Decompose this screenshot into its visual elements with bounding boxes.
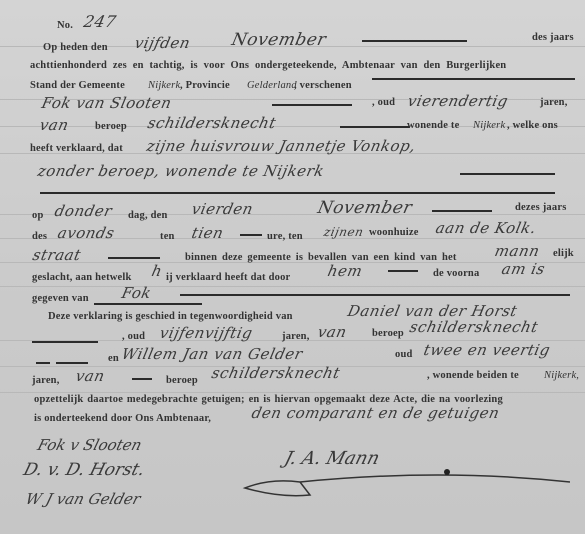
handwritten-text: van xyxy=(38,116,70,134)
fill-line xyxy=(372,78,575,80)
printed-text: beroep xyxy=(372,328,404,339)
signature-declarant: Fok v Slooten xyxy=(36,436,144,454)
handwritten-witness1-age: vijfenvijftig xyxy=(158,324,254,342)
printed-text: jaren, xyxy=(540,97,568,108)
rule-line xyxy=(0,286,585,287)
fill-line xyxy=(272,104,352,106)
municipality: Nijkerk xyxy=(148,80,180,91)
fill-line xyxy=(108,257,160,259)
fill-line xyxy=(132,378,152,380)
handwritten-signers: den comparant en de getuigen xyxy=(250,404,501,422)
printed-text: geslacht, aan hetwelk xyxy=(32,272,132,283)
printed-text: binnen deze gemeente is bevallen van een… xyxy=(185,252,457,263)
handwritten-mother: zijne huisvrouw Jannetje Vonkop, xyxy=(145,137,417,155)
printed-text: beroep xyxy=(166,375,198,386)
fill-line xyxy=(36,362,50,364)
handwritten-child-name: Fok xyxy=(120,284,153,302)
printed-text: is onderteekend door Ons Ambtenaar, xyxy=(34,413,211,424)
printed-text: , Provincie xyxy=(180,80,230,91)
fill-line xyxy=(240,234,262,236)
residence: Nijkerk xyxy=(473,120,505,131)
printed-text: des jaars xyxy=(532,32,574,43)
handwritten-time-of-day: avonds xyxy=(56,224,116,242)
printed-text: elijk xyxy=(553,248,574,259)
handwritten-witness1-occupation: schildersknecht xyxy=(408,318,540,336)
printed-text: en xyxy=(108,353,119,364)
handwritten-day: vijfden xyxy=(133,34,192,52)
signature-flourish xyxy=(240,460,570,500)
fill-line xyxy=(432,210,492,212)
signature-witness1: D. v. D. Horst. xyxy=(21,460,147,480)
printed-text: des xyxy=(32,231,47,242)
printed-text: wonende te xyxy=(407,120,459,131)
certificate-number: 247 xyxy=(82,12,118,31)
handwritten-date: vierden xyxy=(190,200,255,218)
handwritten-father-name: Fok van Slooten xyxy=(40,94,173,112)
printed-text: , oud xyxy=(372,97,395,108)
handwritten-month: November xyxy=(230,30,328,50)
handwritten-text: am is xyxy=(500,260,547,278)
printed-text: gegeven van xyxy=(32,293,89,304)
handwritten-text: van xyxy=(74,367,106,385)
fill-line xyxy=(32,341,98,343)
printed-text: ten xyxy=(160,231,175,242)
printed-text: jaren, xyxy=(282,331,310,342)
printed-text: , wonende beiden te xyxy=(427,370,519,381)
printed-text: achttienhonderd zes en tachtig, is voor … xyxy=(30,60,506,71)
printed-text: dezes jaars xyxy=(515,202,566,213)
fill-line xyxy=(340,126,410,128)
fill-line xyxy=(460,173,555,175)
printed-text: woonhuize xyxy=(369,227,419,238)
printed-text: dag, den xyxy=(128,210,168,221)
fill-line xyxy=(362,40,467,42)
province: Gelderland xyxy=(247,80,297,91)
handwritten-text: zijnen xyxy=(323,225,365,239)
handwritten-month: November xyxy=(316,198,414,218)
fill-line xyxy=(388,270,418,272)
handwritten-sex: mann xyxy=(493,242,541,260)
handwritten-address: aan de Kolk. xyxy=(434,219,538,237)
printed-text: Op heden den xyxy=(43,42,108,53)
handwritten-address: straat xyxy=(31,246,83,264)
printed-text: de voorna xyxy=(433,268,479,279)
handwritten-text: hem xyxy=(326,262,364,280)
handwritten-witness2-age: twee en veertig xyxy=(422,341,552,359)
handwritten-weekday: donder xyxy=(53,202,114,220)
handwritten-father-age: vierendertig xyxy=(406,92,510,110)
signature-witness2: W J van Gelder xyxy=(24,490,143,508)
fill-line xyxy=(56,362,88,364)
rule-line xyxy=(0,392,585,393)
printed-text: Stand der Gemeente xyxy=(30,80,125,91)
handwritten-text: h xyxy=(150,262,164,280)
fill-line xyxy=(40,192,555,194)
handwritten-witness2-occupation: schildersknecht xyxy=(210,364,342,382)
printed-text: beroep xyxy=(95,121,127,132)
printed-text: jaren, xyxy=(32,375,60,386)
printed-text: , verschenen xyxy=(294,80,352,91)
printed-text: heeft verklaard, dat xyxy=(30,143,123,154)
printed-text: op xyxy=(32,210,44,221)
number-label: No. xyxy=(57,20,73,31)
printed-text: ij verklaard heeft dat door xyxy=(166,272,290,283)
printed-text: oud xyxy=(395,349,413,360)
printed-text: , oud xyxy=(122,331,145,342)
printed-text: ure, ten xyxy=(267,231,303,242)
handwritten-father-occupation: schildersknecht xyxy=(146,114,278,132)
residence: Nijkerk, xyxy=(544,370,579,381)
handwritten-hour: tien xyxy=(190,224,225,242)
fill-line xyxy=(94,303,202,305)
fill-line xyxy=(180,294,570,296)
handwritten-mother-details: zonder beroep, wonende te Nijkerk xyxy=(36,162,326,180)
printed-text: , welke ons xyxy=(507,120,558,131)
handwritten-text: van xyxy=(316,323,348,341)
handwritten-witness2-name: Willem Jan van Gelder xyxy=(120,345,304,363)
printed-text: Deze verklaring is geschied in tegenwoor… xyxy=(48,311,293,322)
